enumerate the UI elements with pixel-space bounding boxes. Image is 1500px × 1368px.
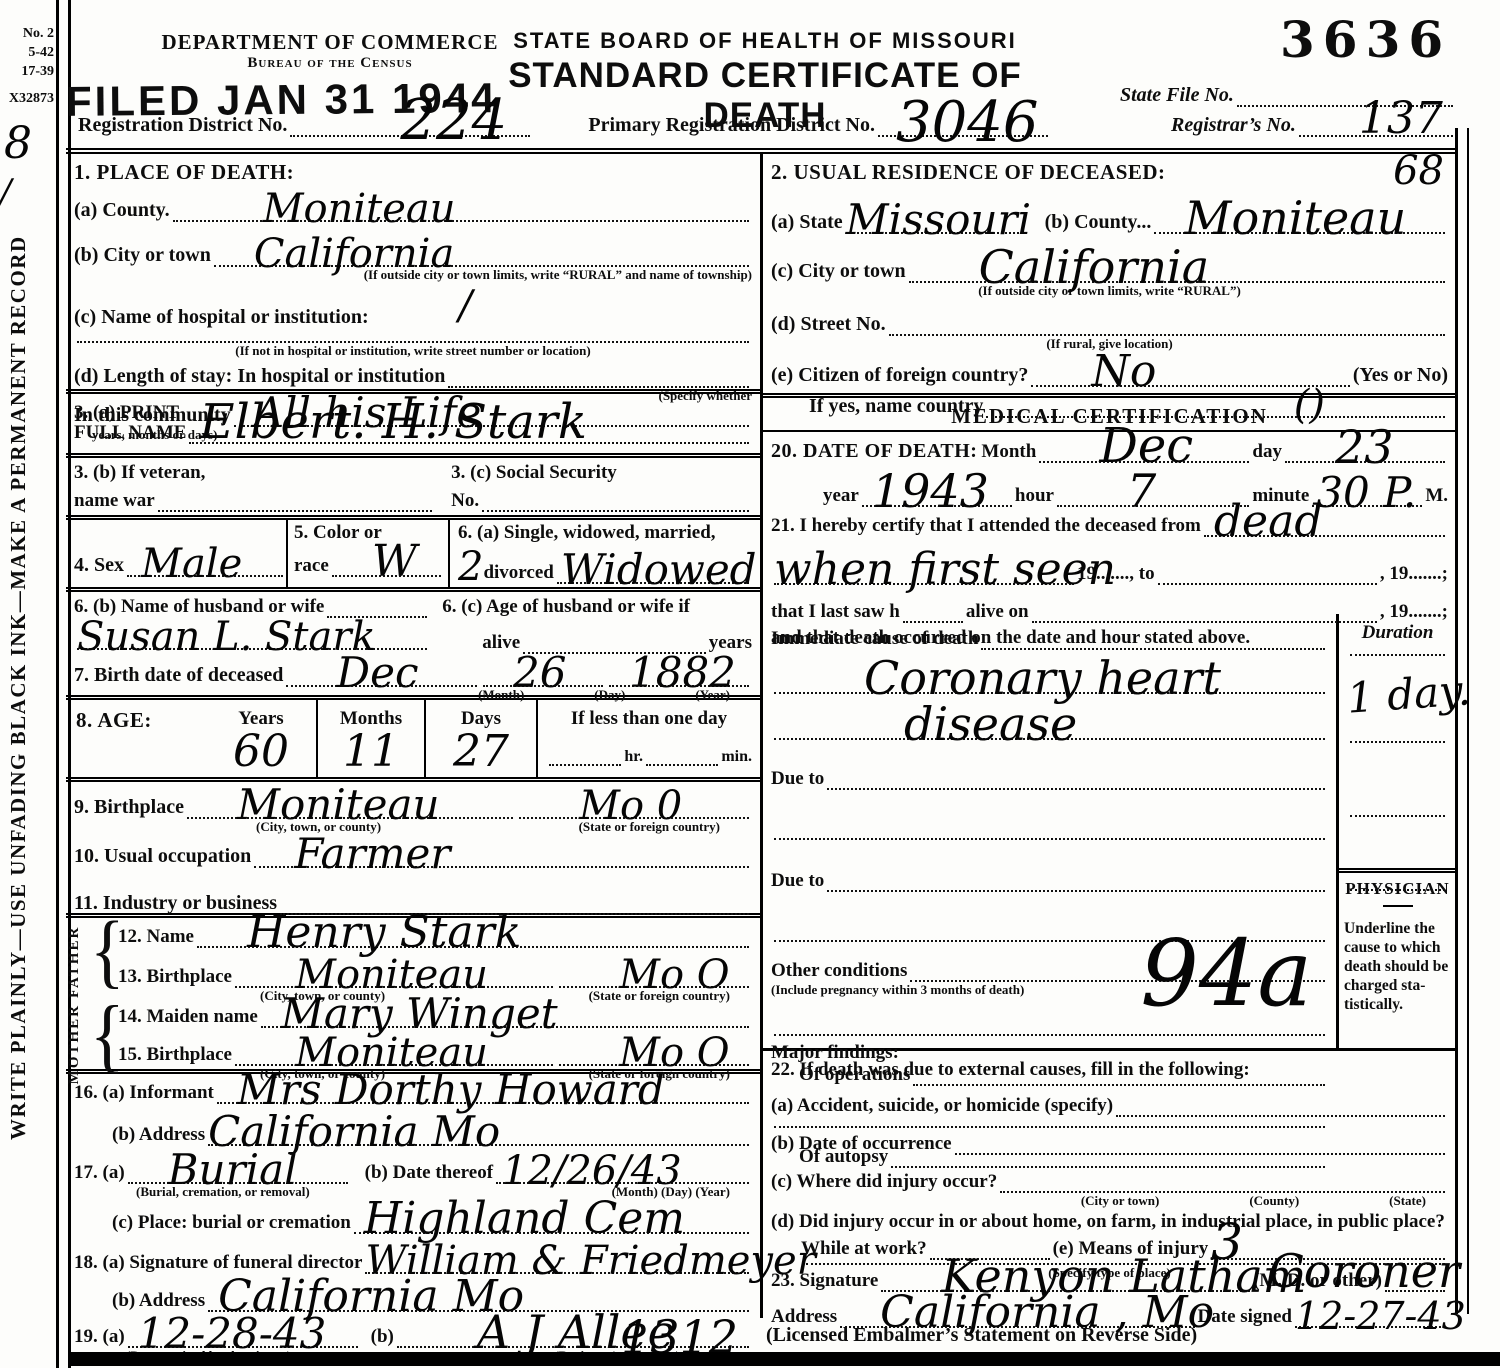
age-months-value: 11 <box>318 726 424 777</box>
spouse-age-field: 6. (c) Age of husband or wife if alive y… <box>434 596 760 654</box>
blank-line <box>889 326 1445 336</box>
form-number: No. 2 <box>0 24 54 43</box>
father-side-label: FATHER <box>66 920 90 1004</box>
blank-line <box>827 882 1325 892</box>
dod-minute-value: 30 P. <box>1316 472 1416 514</box>
race-label-line1: 5. Color or <box>294 522 444 544</box>
external-c-label: (c) Where did injury occur? <box>771 1171 997 1193</box>
blank-line <box>1158 575 1377 585</box>
residence-city-line: California <box>909 273 1445 283</box>
blank-line <box>774 1026 1325 1036</box>
primary-district-value: 3046 <box>896 95 1039 151</box>
blank-line <box>77 333 749 343</box>
bottom-scan-bar <box>70 1352 1500 1366</box>
blank-line <box>1350 646 1445 656</box>
cause-value2: disease <box>904 701 1077 747</box>
other-conditions-hw: 94a <box>1140 928 1312 1020</box>
informant-line: Mrs Dorthy Howard <box>217 1094 749 1104</box>
print-full-name-label: 3. (a) PRINT FULL NAME <box>74 403 186 443</box>
duration-value: 1 day. <box>1345 666 1457 722</box>
father-state-value: Mo O <box>619 955 730 995</box>
section-certify: 21. I hereby certify that I attended the… <box>763 511 1456 614</box>
ssn-label: 3. (c) Social Security <box>451 462 752 484</box>
dod-hour-label: hour <box>1015 485 1054 507</box>
spouse-value: Susan L. Stark <box>77 617 376 657</box>
blank-line <box>1116 1107 1445 1117</box>
section-informant-burial: 16. (a) Informant Mrs Dorthy Howard (b) … <box>66 1074 760 1318</box>
mother-name-line: Mary Winget <box>261 1018 749 1028</box>
burial-place-line: Highland Cem <box>354 1224 749 1234</box>
birth-year-line: 1882 <box>609 677 749 687</box>
certify-end-label: , 19.......; <box>1380 563 1448 585</box>
birth-year-value: 1882 <box>629 652 736 694</box>
section-full-name: 3. (a) PRINT FULL NAME Elbert. H. Stark <box>66 394 760 458</box>
form-code: 17-39 <box>0 62 54 81</box>
marital-line: Widowed <box>557 574 749 584</box>
country-line: () <box>986 408 1445 418</box>
burial-date-value: 12/26/43 <box>502 1151 682 1191</box>
blank-line <box>482 502 749 512</box>
age-less-than-day-cell: If less than one day hr. min. <box>538 700 760 777</box>
form-revision: 5-42 <box>0 43 54 62</box>
external-c-cap-state: (State) <box>1389 1193 1426 1209</box>
father-birthplace-line: Moniteau <box>235 978 553 988</box>
race-line: W <box>332 567 441 577</box>
bureau-title: Bureau of the Census <box>150 55 510 72</box>
marital-handwritten-2: 2 <box>458 544 483 590</box>
birth-day-value: 26 <box>513 652 566 694</box>
birthdate-label: 7. Birth date of deceased <box>74 664 283 687</box>
race-label-line2: race <box>294 555 329 577</box>
section-cause-of-death: Immediate cause of death Coronary heart … <box>763 614 1456 1048</box>
less-than-day-label: If less than one day <box>546 708 752 730</box>
registration-district-label: Registration District No. <box>78 114 287 137</box>
citizen-note: (Yes or No) <box>1353 364 1448 387</box>
marital-label-line1: 6. (a) Single, widowed, married, <box>458 522 752 544</box>
burial-date-line: 12/26/43 <box>496 1174 749 1184</box>
residence-county-value: Moniteau <box>1184 195 1406 241</box>
external-a-label: (a) Accident, suicide, or homicide (spec… <box>771 1095 1113 1117</box>
full-name-value: Elbert. H. Stark <box>199 398 586 446</box>
ssn-field: 3. (c) Social Security No. <box>443 462 760 515</box>
registrar-no-value: 137 <box>1359 97 1443 141</box>
age-heading: 8. AGE: <box>76 708 152 732</box>
dod-hour-value: 7 <box>1127 468 1156 514</box>
state-file-number-label: State File No. <box>1120 84 1234 107</box>
name-country-label: If yes, name country <box>809 395 983 418</box>
registration-district-value: 224 <box>400 93 507 149</box>
marital-field: 6. (a) Single, widowed, married, 2 divor… <box>450 520 760 587</box>
sex-label: 4. Sex <box>74 554 124 577</box>
blank-line <box>1385 1282 1445 1292</box>
external-c-cap-city: (City or town) <box>1081 1193 1159 1209</box>
department-title: DEPARTMENT OF COMMERCE <box>150 30 510 55</box>
mother-side-label: MOTHER <box>66 1004 90 1084</box>
state-board-title: STATE BOARD OF HEALTH OF MISSOURI <box>470 28 1060 54</box>
blank-line <box>158 502 432 512</box>
blank-line <box>646 756 718 766</box>
veteran-sub-label: name war <box>74 490 155 512</box>
min-label: min. <box>721 748 752 766</box>
race-field: 5. Color or race W <box>286 520 450 587</box>
residence-corner-number: 68 <box>1393 148 1444 194</box>
informant-address-label: (b) Address <box>112 1124 205 1146</box>
county-label: (a) County. <box>74 199 170 222</box>
ssn-sub-label: No. <box>451 490 479 512</box>
section-spouse-birthdate: 6. (b) Name of husband or wife Susan L. … <box>66 592 760 700</box>
age-months-cell: Months 11 <box>318 700 426 777</box>
burial-date-label: (b) Date thereof <box>365 1162 493 1184</box>
burial-place-label: (c) Place: burial or cremation <box>112 1212 351 1234</box>
residence-heading: 2. USUAL RESIDENCE OF DECEASED: <box>771 160 1166 185</box>
date-of-death-label: 20. DATE OF DEATH: <box>771 440 977 463</box>
veteran-field: 3. (b) If veteran, name war <box>66 462 443 515</box>
blank-line <box>1350 881 1445 891</box>
blank-line <box>774 1118 1325 1128</box>
blank-line <box>1350 807 1445 817</box>
length-of-stay-label: (d) Length of stay: In hospital or insti… <box>74 365 445 388</box>
sex-line: Male <box>127 567 283 577</box>
of-autopsy-label: Of autopsy <box>799 1146 888 1168</box>
certify-hw-when-first-seen: when first seen <box>774 548 1116 592</box>
death-certificate-page: No. 2 5-42 17-39 X32873 8 / WRITE PLAINL… <box>0 0 1500 1368</box>
burial-line: Burial <box>128 1174 348 1184</box>
city-label: (b) City or town <box>74 244 211 267</box>
residence-county-label: (b) County... <box>1045 211 1152 234</box>
age-heading-cell: 8. AGE: <box>66 700 206 777</box>
cause-value1: Coronary heart <box>864 655 1221 701</box>
marital-value: Widowed <box>561 549 757 591</box>
print-label-line2: FULL NAME <box>74 422 186 443</box>
county-value: Moniteau <box>263 189 456 229</box>
physician-note: Underline the cause to which death shoul… <box>1344 919 1451 1014</box>
residence-county-line: Moniteau <box>1154 224 1445 234</box>
section-place-of-death: 1. PLACE OF DEATH: (a) County. Moniteau … <box>66 154 760 394</box>
certificate-body: 1. PLACE OF DEATH: (a) County. Moniteau … <box>66 148 1456 1318</box>
father-name-value: Henry Stark <box>247 911 521 955</box>
hospital-note: (If not in hospital or institution, writ… <box>235 343 590 359</box>
birthplace-line: Moniteau <box>187 809 513 819</box>
print-label-line1: 3. (a) PRINT <box>74 402 179 423</box>
dod-month-label: Month <box>981 441 1036 463</box>
birth-day-line: 26 <box>483 677 603 687</box>
other-conditions-label: Other conditions <box>771 960 907 982</box>
mother-name-value: Mary Winget <box>281 993 558 1035</box>
section-sex-race-marital: 4. Sex Male 5. Color or race W <box>66 520 760 592</box>
registrar-no-line: 137 <box>1299 127 1453 137</box>
blank-line <box>549 756 621 766</box>
residence-state-label: (a) State <box>771 211 843 234</box>
cause-line2: disease <box>774 730 1325 740</box>
blank-line <box>981 640 1325 650</box>
informant-value: Mrs Dorthy Howard <box>237 1069 665 1111</box>
section-age: 8. AGE: Years 60 Months 11 Days 27 <box>66 700 760 782</box>
occupation-line: Farmer <box>254 858 749 868</box>
due-to-label-1: Due to <box>771 768 824 790</box>
dod-m-label: M. <box>1425 485 1448 507</box>
residence-city-value: California <box>979 244 1210 290</box>
age-years-value: 60 <box>206 726 316 777</box>
section-birthplace-occupation: 9. Birthplace Moniteau Mo 0 (City, town,… <box>66 782 760 918</box>
father-name-line: Henry Stark <box>197 938 749 948</box>
burial-label: 17. (a) <box>74 1162 125 1184</box>
veteran-label: 3. (b) If veteran, <box>74 462 435 484</box>
age-years-cell: Years 60 <box>206 700 318 777</box>
state-file-number-value: 3636 <box>1280 10 1451 69</box>
external-c-cap-county: (County) <box>1249 1193 1299 1209</box>
father-state-line: Mo O <box>559 978 749 988</box>
informant-label: 16. (a) Informant <box>74 1082 214 1104</box>
section-parents: FATHER { 12. Name Henry Stark 13. Birthp… <box>66 918 760 1074</box>
right-column: 68 2. USUAL RESIDENCE OF DECEASED: (a) S… <box>760 154 1456 1318</box>
citizen-hw-mark: () <box>1294 385 1325 425</box>
age-days-value: 27 <box>426 726 536 777</box>
section-signature: Coroner 23. Signature Kenyon Latham (M. … <box>763 1270 1456 1318</box>
street-label: (d) Street No. <box>771 313 886 336</box>
certify-line1: dead <box>1204 527 1445 537</box>
hospital-value: / <box>459 283 472 329</box>
blank-line <box>1350 733 1445 743</box>
occupation-label: 10. Usual occupation <box>74 845 251 868</box>
other-conditions-note: (Include pregnancy within 3 months of de… <box>771 982 1024 998</box>
burial-value: Burial <box>168 1149 298 1191</box>
blank-line <box>891 1158 1325 1168</box>
place-of-death-heading: 1. PLACE OF DEATH: <box>74 160 294 185</box>
other-conditions-line: 94a <box>910 972 1325 982</box>
occupation-value: Farmer <box>294 833 450 875</box>
margin-vertical-instruction: WRITE PLAINLY—USE UNFADING BLACK INK—MAK… <box>6 190 31 1140</box>
spouse-field: 6. (b) Name of husband or wife Susan L. … <box>66 596 434 654</box>
registrar-no-label: Registrar’s No. <box>1171 114 1296 137</box>
dod-day-line: 23 <box>1285 453 1445 463</box>
stay-line <box>448 378 749 388</box>
dod-year-label: year <box>823 485 859 507</box>
dod-year-value: 1943 <box>872 468 989 514</box>
residence-state-line: Missouri <box>846 224 1026 234</box>
dod-month-line: Dec <box>1039 453 1249 463</box>
birthplace-state-line: Mo 0 <box>519 809 749 819</box>
right-border-rule <box>1455 128 1469 1314</box>
section-veteran-ssn: 3. (b) If veteran, name war 3. (c) Socia… <box>66 458 760 520</box>
marital-label-line2: divorced <box>483 562 553 584</box>
dod-minute-line: 30 P. <box>1312 497 1422 507</box>
major-findings-label: Major findings: <box>771 1042 899 1064</box>
dod-day-label: day <box>1252 441 1282 463</box>
age-days-cell: Days 27 <box>426 700 538 777</box>
certify-line2: when first seen <box>774 575 1074 585</box>
of-operations-label: Of operations <box>799 1064 910 1086</box>
county-line: Moniteau <box>173 212 749 222</box>
mother-name-label: 14. Maiden name <box>118 1006 258 1028</box>
certify-label: 21. I hereby certify that I attended the… <box>771 515 1201 537</box>
mother-birthplace-label: 15. Birthplace <box>118 1044 232 1066</box>
blank-line <box>913 1076 1325 1086</box>
header-department: DEPARTMENT OF COMMERCE Bureau of the Cen… <box>150 30 510 72</box>
primary-district-line: 3046 <box>878 127 1048 137</box>
embalmer-note: (Licensed Embalmer’s Statement on Revers… <box>766 1324 1197 1347</box>
birthplace-label: 9. Birthplace <box>74 796 184 819</box>
residence-state-value: Missouri <box>846 199 1031 241</box>
birthplace-state-value: Mo 0 <box>579 786 682 826</box>
physician-divider <box>1383 905 1413 907</box>
sex-value: Male <box>141 544 242 584</box>
dod-month-value: Dec <box>1099 422 1193 470</box>
duration-box: Duration 1 day. <box>1339 614 1456 868</box>
cause-line1: Coronary heart <box>774 684 1325 694</box>
plate-number: X32873 <box>0 89 54 108</box>
city-value: California <box>254 234 454 274</box>
left-column: 1. PLACE OF DEATH: (a) County. Moniteau … <box>66 154 760 1318</box>
section-date-of-death: 20. DATE OF DEATH: Month Dec day 23 year… <box>763 432 1456 511</box>
blank-line <box>827 780 1325 790</box>
immediate-cause-label: Immediate cause of death <box>771 628 978 650</box>
birth-month-value: Dec <box>336 652 418 694</box>
citizen-label: (e) Citizen of foreign country? <box>771 364 1028 387</box>
margin-form-numbers: No. 2 5-42 17-39 X32873 <box>0 24 54 108</box>
footer-strip: 1312 (Licensed Embalmer’s Statement on R… <box>66 1314 1456 1352</box>
hospital-label: (c) Name of hospital or institution: <box>74 306 369 329</box>
signature-label: 23. Signature <box>771 1270 878 1292</box>
dod-year-line: 1943 <box>862 497 1012 507</box>
due-to-label-2: Due to <box>771 870 824 892</box>
registration-row: Registration District No. 224 Primary Re… <box>78 114 1456 137</box>
registration-district-line: 224 <box>290 127 530 137</box>
residence-city-label: (c) City or town <box>771 260 906 283</box>
blank-line <box>1000 1183 1445 1193</box>
hr-label: hr. <box>624 748 643 766</box>
external-d-label: (d) Did injury occur in or about home, o… <box>771 1211 1445 1233</box>
cause-main: Immediate cause of death Coronary heart … <box>763 614 1336 1048</box>
burial-place-value: Highland Cem <box>364 1197 685 1241</box>
certify-hw-dead: dead <box>1214 500 1323 544</box>
citizen-value: No <box>1091 350 1156 394</box>
birth-month-line: Dec <box>286 677 477 687</box>
section-usual-residence: 68 2. USUAL RESIDENCE OF DECEASED: (a) S… <box>763 154 1456 398</box>
blank-line <box>774 830 1325 840</box>
dod-day-value: 23 <box>1335 424 1394 470</box>
primary-district-label: Primary Registration District No. <box>588 114 875 137</box>
margin-handwritten-8: 8 <box>4 118 32 169</box>
full-name-line: Elbert. H. Stark <box>189 434 749 444</box>
duration-physician-column: Duration 1 day. PHYSICIAN Underline the … <box>1336 614 1456 1048</box>
race-value: W <box>372 540 417 584</box>
father-birthplace-label: 13. Birthplace <box>118 966 232 988</box>
father-name-label: 12. Name <box>118 926 194 948</box>
birthplace-value: Moniteau <box>237 784 440 826</box>
blank-line <box>955 1145 1445 1155</box>
city-line: California <box>214 257 749 267</box>
spouse-age-label: 6. (c) Age of husband or wife if <box>442 596 752 618</box>
sex-field: 4. Sex Male <box>66 520 286 587</box>
